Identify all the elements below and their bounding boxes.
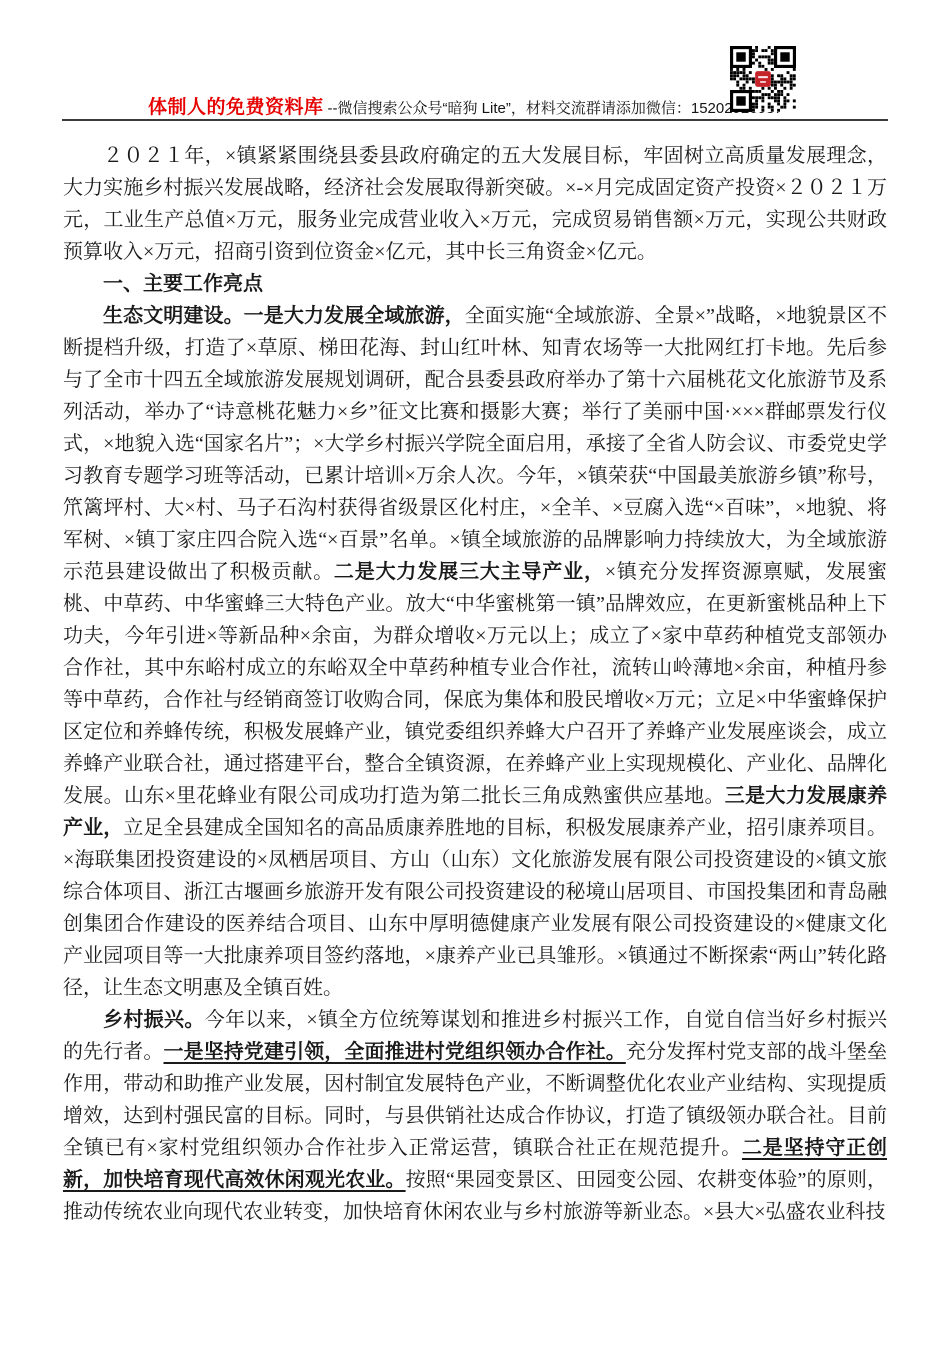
brand-title: 体制人的免费资料库 — [148, 92, 324, 119]
text-run: ２０２１年，×镇紧紧围绕县委县政府确定的五大发展目标，牢固树立高质量发展理念，大… — [63, 145, 887, 263]
brand-subtitle: --微信搜索公众号“暗狗 Lite”，材料交流群请添加微信：1520292693… — [328, 97, 783, 118]
emphasis-text-run: 二是大力发展三大主导产业， — [334, 561, 605, 583]
text-run: 全面实施“全域旅游、全景×”战略，×地貌景区不断提档升级，打造了×草原、梯田花海… — [63, 305, 887, 583]
paragraph-section-heading: 一、主要工作亮点 — [63, 268, 887, 300]
qr-code-icon — [730, 46, 796, 112]
page-header: 体制人的免费资料库 --微信搜索公众号“暗狗 Lite”，材料交流群请添加微信：… — [0, 0, 950, 140]
emphasis-text-run: 乡村振兴。 — [103, 1009, 205, 1031]
text-run: ×镇充分发挥资源禀赋，发展蜜桃、中草药、中华蜜蜂三大特色产业。放大“中华蜜桃第一… — [63, 561, 887, 807]
emphasis-text-run: 生态文明建设。一是大力发展全域旅游， — [103, 305, 465, 327]
paragraph-eco-civilization: 生态文明建设。一是大力发展全域旅游，全面实施“全域旅游、全景×”战略，×地貌景区… — [63, 300, 887, 1004]
emphasis-text-run: 一、主要工作亮点 — [103, 273, 263, 295]
header-divider — [62, 119, 888, 121]
emphasis-text-run: 一是坚持党建引领，全面推进村党组织领办合作社。 — [164, 1041, 626, 1063]
document-page: 体制人的免费资料库 --微信搜索公众号“暗狗 Lite”，材料交流群请添加微信：… — [0, 0, 950, 1346]
paragraph-intro: ２０２１年，×镇紧紧围绕县委县政府确定的五大发展目标，牢固树立高质量发展理念，大… — [63, 140, 887, 268]
header-brand-line: 体制人的免费资料库 --微信搜索公众号“暗狗 Lite”，材料交流群请添加微信：… — [148, 92, 783, 119]
paragraph-rural-revitalization: 乡村振兴。今年以来，×镇全方位统筹谋划和推进乡村振兴工作，自觉自信当好乡村振兴的… — [63, 1004, 887, 1228]
document-body: ２０２１年，×镇紧紧围绕县委县政府确定的五大发展目标，牢固树立高质量发展理念，大… — [63, 140, 887, 1228]
text-run: 立足全县建成全国知名的高品质康养胜地的目标，积极发展康养产业，招引康养项目。×海… — [63, 817, 887, 999]
